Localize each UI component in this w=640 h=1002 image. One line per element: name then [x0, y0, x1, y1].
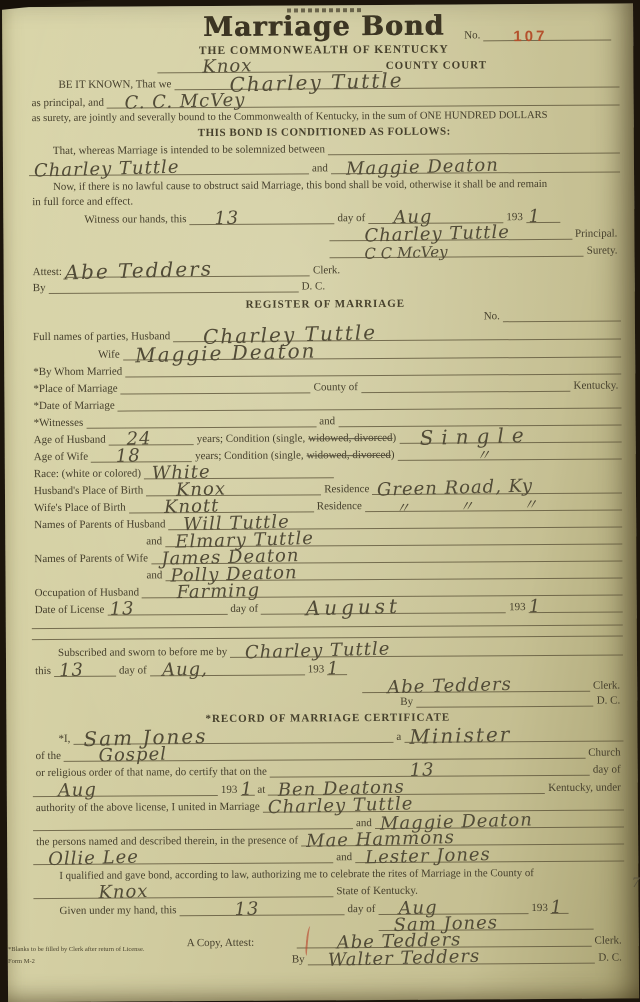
- husband-residence-line: Green Road, Ky: [372, 479, 622, 495]
- witnesses-label: *Witnesses: [31, 417, 87, 429]
- husband-residence-label: Residence: [321, 483, 372, 495]
- by-label: By: [30, 282, 49, 294]
- minister-title-line: Minister: [404, 727, 623, 742]
- race-label: Race: (white or colored): [31, 467, 144, 480]
- condition-wife-pre: years; Condition (single,: [192, 449, 307, 462]
- principal-signature-line: Charley Tuttle: [329, 226, 572, 241]
- certify-at-label: at: [254, 784, 268, 796]
- footer-dc-signature: Walter Tedders: [327, 948, 480, 970]
- bond-number-label: No.: [461, 29, 483, 41]
- condition-wife-line: 〃: [397, 445, 621, 460]
- day-of-label: day of: [334, 212, 368, 224]
- bond-number-line: 107: [483, 27, 611, 42]
- footnote-text: *Blanks to be filled by Clerk after retu…: [8, 944, 144, 956]
- certificate-bride-line: Maggie Deaton: [375, 813, 624, 829]
- certificate-i-label: *I,: [32, 733, 73, 745]
- occupation-label: Occupation of Husband: [32, 586, 143, 599]
- attest-label: Attest:: [30, 266, 65, 278]
- husband-birth-label: Husband's Place of Birth: [31, 484, 146, 497]
- footnote-block: *Blanks to be filled by Clerk after retu…: [8, 944, 144, 967]
- given-clause-label: Given under my hand, this: [33, 904, 179, 917]
- sworn-day-of-label: day of: [116, 664, 150, 676]
- race-line: White: [144, 464, 334, 479]
- dc-label: D. C.: [299, 280, 329, 292]
- footer-by-label: By: [289, 953, 308, 965]
- witnesses-and-label: and: [316, 415, 338, 427]
- church-label: Church: [585, 746, 623, 758]
- date-of-marriage-label: *Date of Marriage: [30, 400, 117, 413]
- age-wife-label: Age of Wife: [31, 451, 91, 463]
- witness-clause-label: Witness our hands, this: [29, 213, 189, 226]
- bond-by-line: [49, 278, 299, 294]
- given-day-of-label: day of: [345, 903, 379, 915]
- be-it-known-label: BE IT KNOWN, That we: [28, 78, 174, 91]
- given-year-line: 1: [551, 900, 569, 914]
- copy-attest-label: A Copy, Attest:: [184, 937, 258, 949]
- age-husband-line: 24: [109, 431, 194, 446]
- footer-clerk-label: Clerk.: [591, 934, 624, 946]
- footer-dc-label: D. C.: [595, 951, 625, 963]
- husband-birth-line: Knox: [146, 481, 321, 496]
- form-number: Form M-2: [8, 956, 144, 968]
- certify-year-printed: 193: [218, 784, 241, 796]
- certificate-and-label: and: [353, 817, 375, 829]
- condition-husband-pre: years; Condition (single,: [194, 432, 309, 445]
- sworn-month-line: Aug,: [150, 661, 305, 676]
- of-the-label: of the: [33, 750, 64, 762]
- age-wife-line: 18: [91, 448, 192, 463]
- kentucky-under-label: Kentucky, under: [545, 781, 624, 793]
- certify-day-of-label: day of: [590, 763, 624, 775]
- wife-label: Wife: [30, 349, 123, 362]
- parents-husband-and-label: and: [31, 535, 165, 548]
- place-of-marriage-label: *Place of Marriage: [30, 383, 120, 396]
- title-row: Marriage Bond No. 107: [28, 11, 619, 45]
- sworn-year-line: 1: [327, 661, 347, 675]
- full-names-label: Full names of parties, Husband: [30, 330, 173, 343]
- attest-clerk-signature-line: Abe Tedders: [65, 262, 310, 277]
- minister-signature-line: Sam Jones: [379, 916, 594, 931]
- by-whom-married-label: *By Whom Married: [30, 366, 125, 379]
- page-title: Marriage Bond: [203, 11, 445, 43]
- clerk-label: Clerk.: [310, 264, 343, 276]
- condition-husband-struck: widowed, divorced: [308, 432, 392, 445]
- county-of-line: [361, 378, 571, 393]
- wife-residence-line: 〃 〃 〃: [365, 496, 622, 512]
- surety-label: Surety.: [584, 245, 621, 257]
- kentucky-label: Kentucky.: [570, 380, 621, 392]
- register-clerk-label: Clerk.: [590, 679, 623, 691]
- and-label: and: [309, 162, 331, 174]
- certificate-a-label: a: [393, 731, 404, 743]
- witness-day-line: 13: [189, 210, 334, 225]
- parents-wife-label: Names of Parents of Wife: [31, 552, 151, 565]
- age-husband-label: Age of Husband: [31, 434, 109, 446]
- certify-year-line: 1: [240, 782, 254, 796]
- county-of-label: County of: [311, 381, 361, 393]
- witnesses-line-1: [86, 413, 316, 428]
- register-dc-label: D. C.: [594, 694, 624, 706]
- witness3-and-label: and: [333, 851, 355, 863]
- place-of-marriage-line: [121, 379, 311, 394]
- register-by-label: By: [397, 696, 416, 708]
- wife-birth-label: Wife's Place of Birth: [31, 502, 129, 515]
- void-clause-2: in full force and effect.: [29, 195, 136, 208]
- sworn-day-line: 13: [54, 663, 116, 677]
- margin-pencil-mark: 7: [632, 876, 640, 891]
- condition-husband-line: Single: [399, 428, 622, 443]
- as-principal-label: as principal, and: [29, 97, 107, 109]
- register-no-line: [503, 308, 621, 323]
- wife-residence-label: Residence: [314, 500, 365, 512]
- witness-year-line: 1: [526, 209, 560, 223]
- register-by-line: [416, 693, 594, 708]
- register-no-label: No.: [481, 310, 503, 322]
- sworn-this-label: this: [32, 665, 54, 677]
- state-of-kentucky-label: State of Kentucky.: [333, 885, 421, 898]
- footer-dc-signature-line: Walter Tedders: [308, 950, 596, 966]
- surety-signature-line: C C McVey: [329, 243, 583, 259]
- parents-wife-and-label: and: [31, 569, 165, 582]
- condition-wife-struck: widowed, divorced: [307, 449, 391, 462]
- register-clerk-signature-line: Abe Tedders: [362, 678, 590, 693]
- marriage-bond-document: Marriage Bond No. 107 THE COMMONWEALTH O…: [2, 3, 639, 1002]
- principal-label: Principal.: [572, 228, 621, 240]
- register-heading: REGISTER OF MARRIAGE: [246, 298, 406, 311]
- sworn-year-printed: 193: [305, 663, 328, 675]
- given-year-printed: 193: [528, 902, 551, 914]
- parents-husband-label: Names of Parents of Husband: [31, 518, 168, 531]
- given-day-line: 13: [179, 901, 344, 916]
- certify-month-line: Aug: [33, 782, 218, 797]
